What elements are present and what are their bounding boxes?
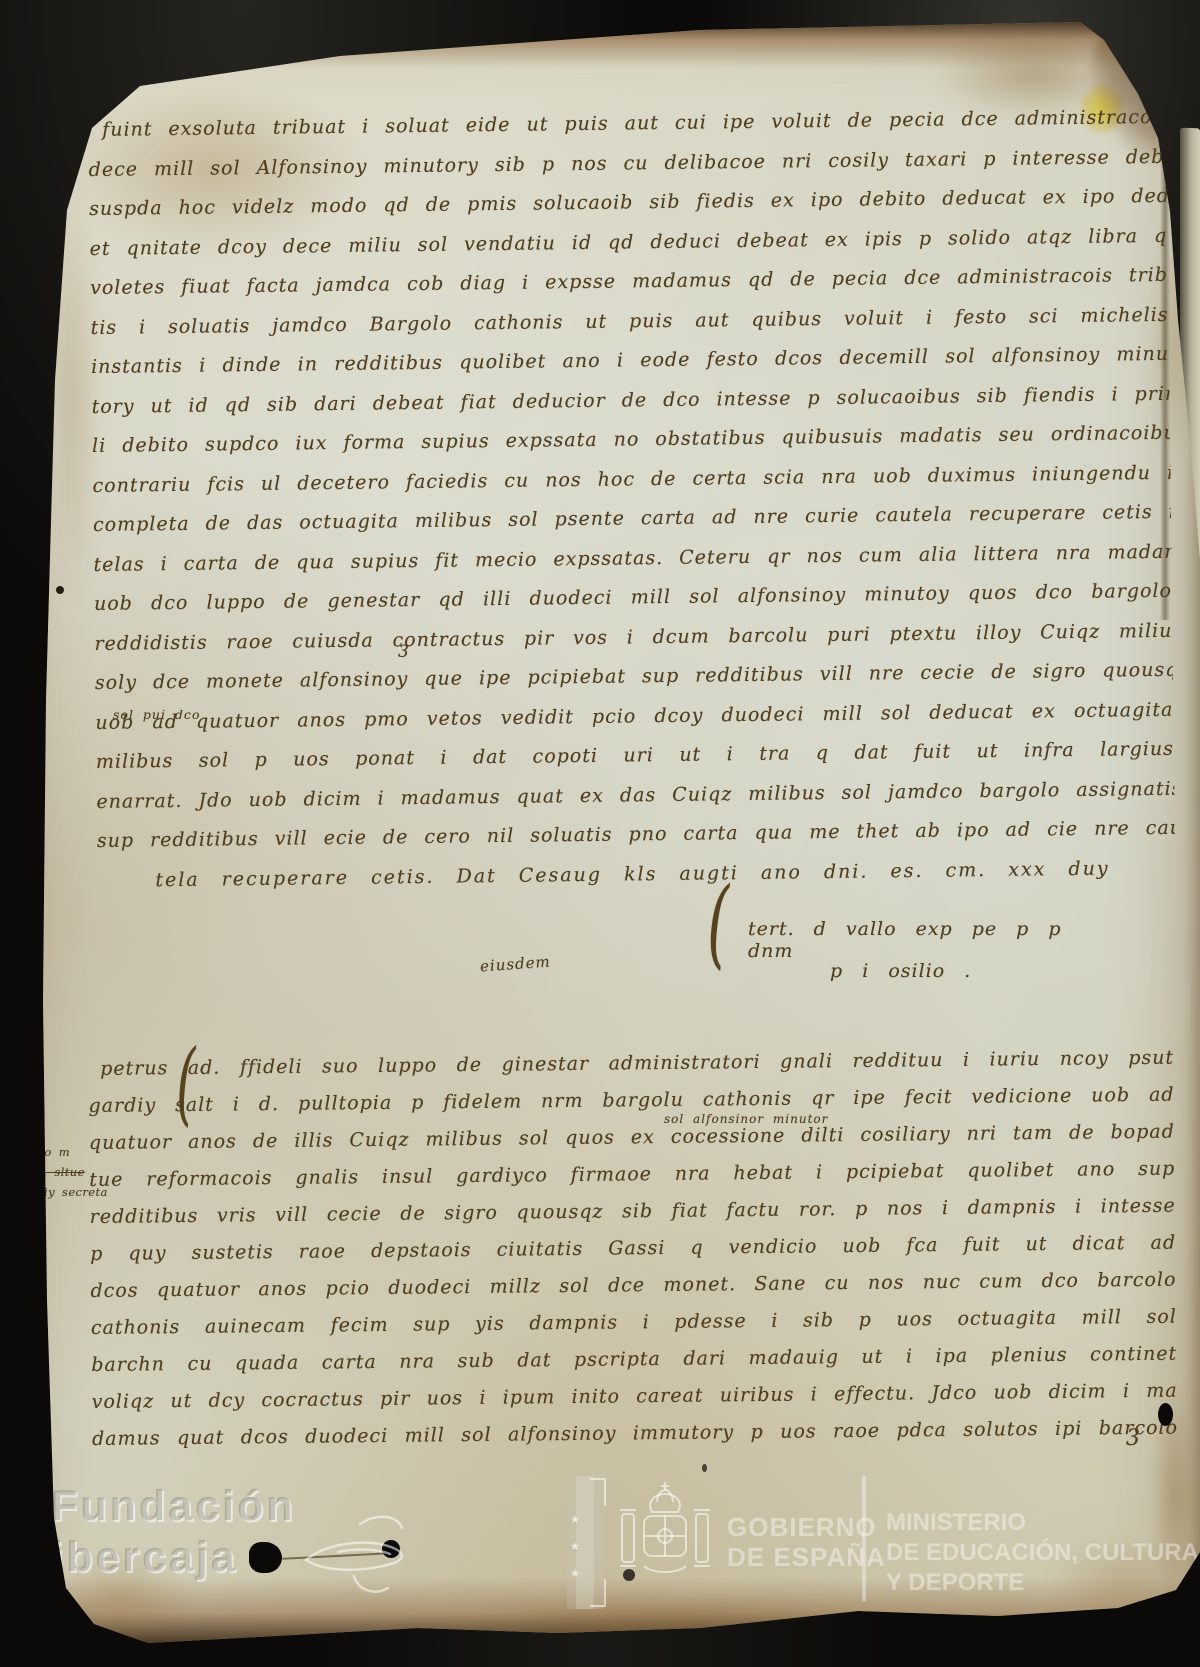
interlinear-number: 3 [398, 642, 410, 662]
ink-speck [56, 586, 64, 594]
manuscript-scan: fuint exsoluta tribuat i soluat eide ut … [0, 0, 1200, 1667]
manuscript-paragraph-1: fuint exsoluta tribuat i soluat eide ut … [88, 98, 1176, 901]
manuscript-line: sm pro m [6, 1142, 136, 1162]
manuscript-line: cy lraiy secreta [6, 1182, 136, 1202]
ministerio-watermark: MINISTERIO DE EDUCACIÓN, CULTURA Y DEPOR… [886, 1508, 1199, 1598]
star-icon: ★ [570, 1513, 580, 1526]
signature-bracket: ( [707, 866, 730, 979]
manuscript-line: guy d. sltue [6, 1162, 136, 1182]
manuscript-paragraph-2: petrus ad. ffideli suo luppo de ginestar… [88, 1040, 1178, 1458]
ibercaja-logo-swoosh-icon [298, 1508, 410, 1600]
ink-speck [702, 1464, 707, 1472]
bracket-ornament-top [590, 1478, 606, 1506]
ibercaja-watermark-line1: Fundación [52, 1482, 296, 1532]
manuscript-page: fuint exsoluta tribuat i soluat eide ut … [0, 0, 1200, 1667]
ink-hole [1158, 1403, 1173, 1426]
ibercaja-watermark: Fundación ibercaja [52, 1482, 296, 1584]
interlinear-note-2: sol pui dco [113, 707, 200, 722]
chancery-signature-line-2: p i osilio . [830, 960, 971, 982]
margin-note: sm pro mguy d. sltuecy lraiy secreta [6, 1142, 136, 1202]
watermark-divider [862, 1476, 866, 1601]
ministerio-watermark-line3: Y DEPORTE [886, 1568, 1199, 1598]
bracket-ornament-bottom [590, 1579, 606, 1607]
spain-coat-of-arms-icon [610, 1480, 720, 1594]
burnt-top-edge [30, 16, 1190, 68]
star-icon: ★ [570, 1567, 580, 1580]
ministerio-watermark-line1: MINISTERIO [886, 1508, 1199, 1538]
interlinear-note-1: sol alfonsinor minutor [664, 1112, 828, 1126]
ministerio-watermark-line2: DE EDUCACIÓN, CULTURA [886, 1538, 1199, 1568]
ibercaja-watermark-line2: ibercaja [52, 1532, 296, 1584]
page-number: 3 [1126, 1426, 1141, 1451]
eiusdem-note: eiusdem [479, 953, 551, 976]
star-icon: ★ [570, 1540, 580, 1553]
chancery-signature-line-1: tert. d vallo exp pe p p dnm [748, 918, 1093, 962]
